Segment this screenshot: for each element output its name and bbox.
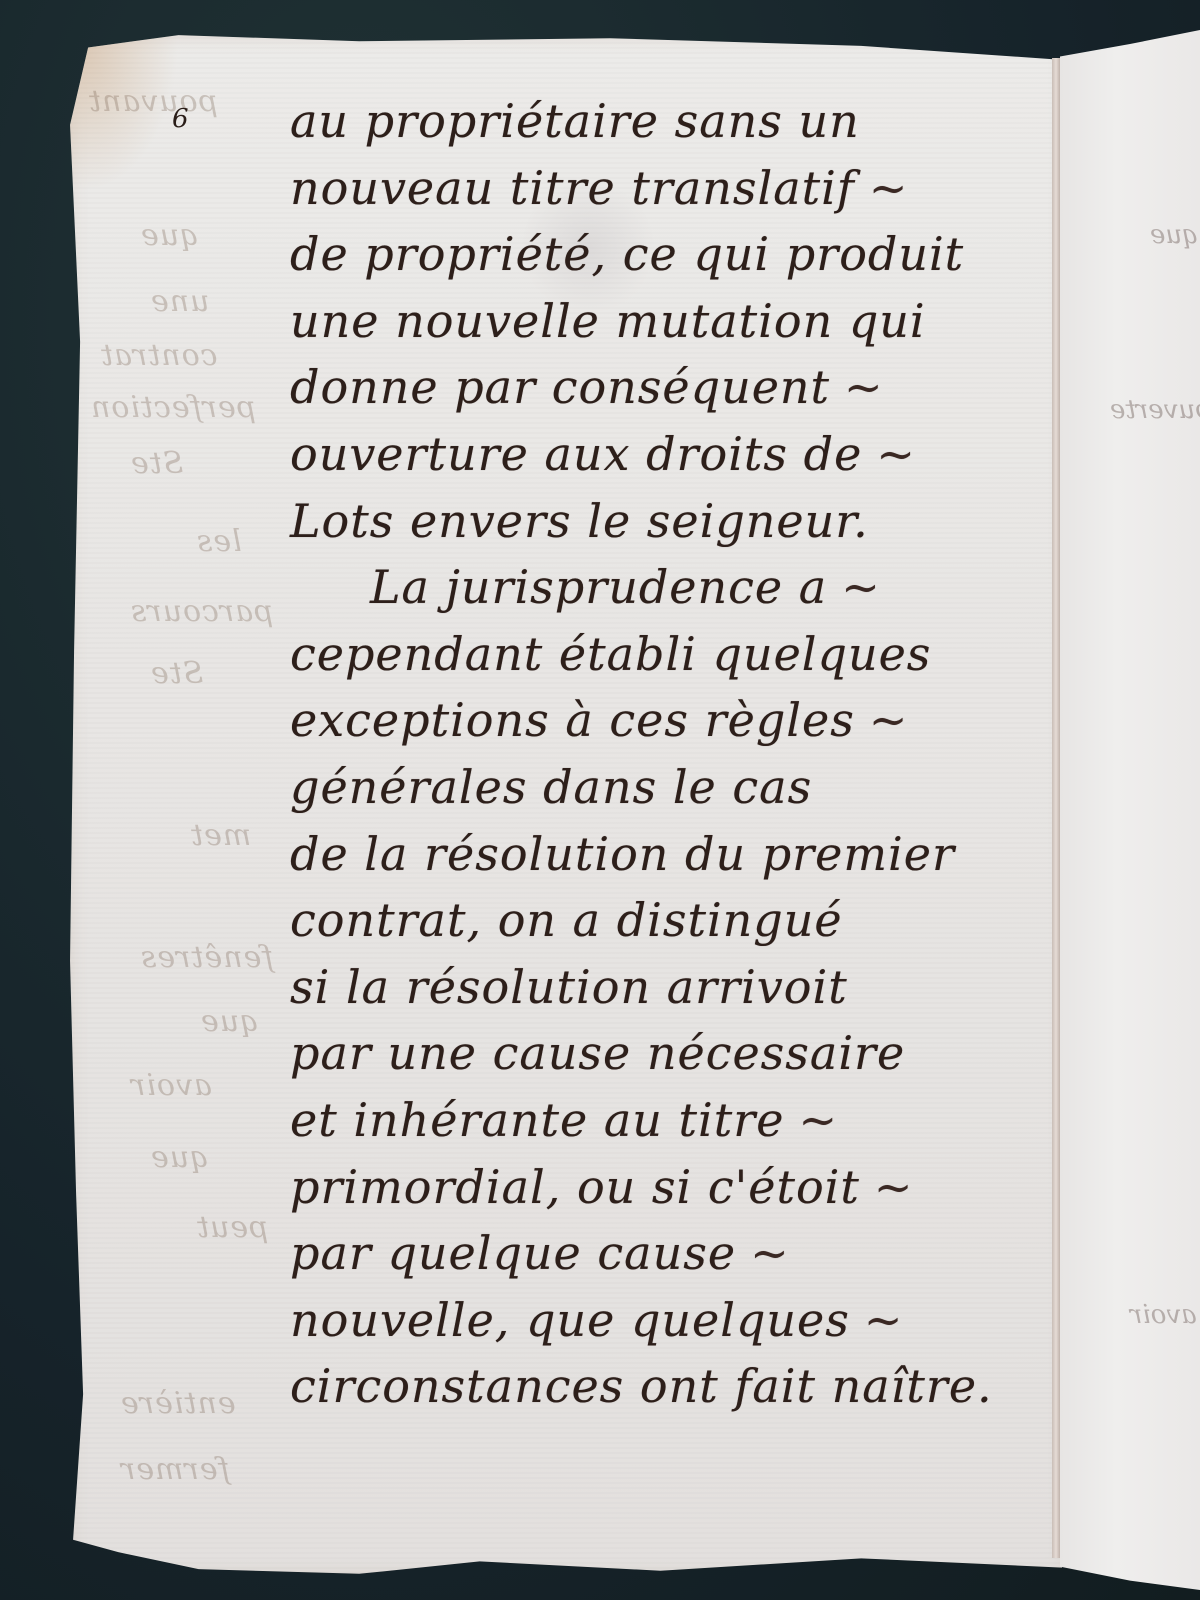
bleed-through-text: fenêtres: [140, 940, 273, 975]
line-end-flourish: ~: [869, 161, 909, 215]
bleed-through-text: peut: [196, 1210, 268, 1245]
text-line-16: et inhérante au titre~: [290, 1087, 1030, 1154]
text-line-11: générales dans le cas: [290, 754, 1030, 821]
bleed-through-text: contrat: [100, 338, 218, 373]
bleed-through-text: avoir: [130, 1068, 212, 1103]
bleed-through-text: met: [190, 818, 251, 853]
bleed-through-text: que: [150, 1140, 209, 1175]
text-line-6: ouverture aux droits de~: [290, 421, 1030, 488]
text-line-7: Lots envers le seigneur.: [290, 488, 1030, 555]
line-end-flourish: ~: [869, 693, 909, 747]
text-line-20: circonstances ont fait naître.: [290, 1353, 1030, 1420]
bleed-through-text: une: [150, 284, 209, 319]
text-line-13: contrat, on a distingué: [290, 887, 1030, 954]
line-end-flourish: ~: [876, 427, 916, 481]
text-line-10: exceptions à ces règles~: [290, 687, 1030, 754]
line-end-flourish: ~: [844, 360, 884, 414]
manuscript-page-right-facing: [1060, 30, 1200, 1590]
text-line-4: une nouvelle mutation qui: [290, 288, 1030, 355]
bleed-through-text: perfection: [90, 390, 256, 425]
bleed-through-text: fermer: [120, 1452, 230, 1487]
book-gutter-spine: [1052, 58, 1060, 1558]
text-line-8-paragraph-start: La jurisprudence a~: [290, 554, 1030, 621]
text-line-5: donne par conséquent~: [290, 354, 1030, 421]
text-line-9: cependant établi quelques: [290, 621, 1030, 688]
text-line-17: primordial, ou si c'étoit~: [290, 1154, 1030, 1221]
bleed-through-text: avoir: [1130, 1300, 1197, 1330]
text-line-3: de propriété, ce qui produit: [290, 221, 1030, 288]
line-end-flourish: ~: [864, 1293, 904, 1347]
line-end-flourish: ~: [750, 1226, 790, 1280]
bleed-through-text: que: [140, 218, 199, 253]
line-end-flourish: ~: [798, 1093, 838, 1147]
text-line-15: par une cause nécessaire: [290, 1020, 1030, 1087]
text-line-2: nouveau titre translatif~: [290, 155, 1030, 222]
line-end-flourish: ~: [874, 1160, 914, 1214]
bleed-through-text: pouvant: [88, 84, 218, 119]
bleed-through-text: les: [196, 524, 242, 559]
bleed-through-text: parcours: [130, 594, 273, 629]
line-end-flourish: ~: [841, 560, 881, 614]
bleed-through-text: Ste: [150, 656, 203, 691]
text-line-1: au propriétaire sans un: [290, 88, 1030, 155]
bleed-through-text: ouverte: [1110, 395, 1200, 425]
text-line-19: nouvelle, que quelques~: [290, 1287, 1030, 1354]
text-line-12: de la résolution du premier: [290, 821, 1030, 888]
bleed-through-text: que: [200, 1004, 259, 1039]
manuscript-text-body: au propriétaire sans un nouveau titre tr…: [290, 88, 1030, 1420]
text-line-14: si la résolution arrivoit: [290, 954, 1030, 1021]
folio-number: 6: [172, 104, 189, 134]
bleed-through-text: Ste: [130, 446, 183, 481]
text-line-18: par quelque cause~: [290, 1220, 1030, 1287]
bleed-through-text: que: [1150, 220, 1199, 250]
bleed-through-text: entière: [120, 1386, 236, 1421]
